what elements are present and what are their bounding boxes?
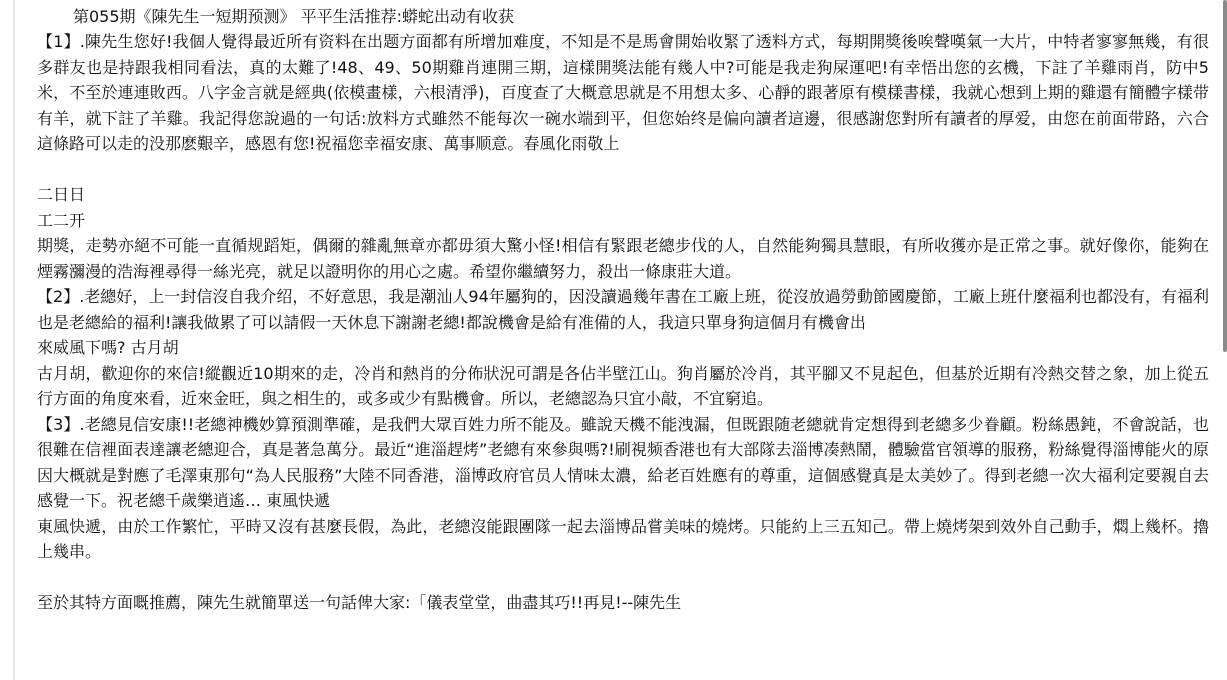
article-body: 第055期《陳先生一短期预测》 平平生活推荐:蟒蛇出动有收获 【1】.陳先生您好… [37,4,1209,616]
letter-3: 【3】.老總見信安康!!老總神機妙算預測準確，是我們大眾百姓力所不能及。雖說天機… [37,412,1209,514]
scrollbar-thumb[interactable] [1223,0,1227,352]
letter-1: 【1】.陳先生您好!我個人覺得最近所有资料在出题方面都有所增加难度，不知是不是馬… [37,29,1209,157]
reply-2: 古月胡，歡迎你的來信!縱觀近10期來的走，冷肖和熱肖的分佈狀況可謂是各佔半壁江山… [37,361,1209,412]
left-border-rule [13,0,15,680]
letter-2-signature: 來威風下嗎? 古月胡 [37,335,1209,361]
document-page: 第055期《陳先生一短期预测》 平平生活推荐:蟒蛇出动有收获 【1】.陳先生您好… [0,0,1227,680]
reply-1: 期獎，走勢亦絕不可能一直循规蹈矩，偶爾的雜亂無章亦都毋須大驚小怪!相信有緊跟老總… [37,233,1209,284]
spacer [37,157,1209,183]
letter-2: 【2】.老總好，上一封信沒自我介绍，不好意思，我是潮汕人94年屬狗的，因没讀過幾… [37,284,1209,335]
article-title: 第055期《陳先生一短期预测》 平平生活推荐:蟒蛇出动有收获 [37,4,1209,29]
reply-1-line-2: 工二开 [37,208,1209,234]
spacer [37,565,1209,591]
reply-3: 東風快遞，由於工作繁忙，平時又沒有甚麼長假，為此，老總沒能跟團隊一起去淄博品嘗美… [37,514,1209,565]
reply-1-line-1: 二日日 [37,182,1209,208]
closing-line: 至於其特方面嘅推薦，陳先生就簡單送一句話俾大家:「儀表堂堂，曲盡其巧!!再見!-… [37,590,1209,616]
